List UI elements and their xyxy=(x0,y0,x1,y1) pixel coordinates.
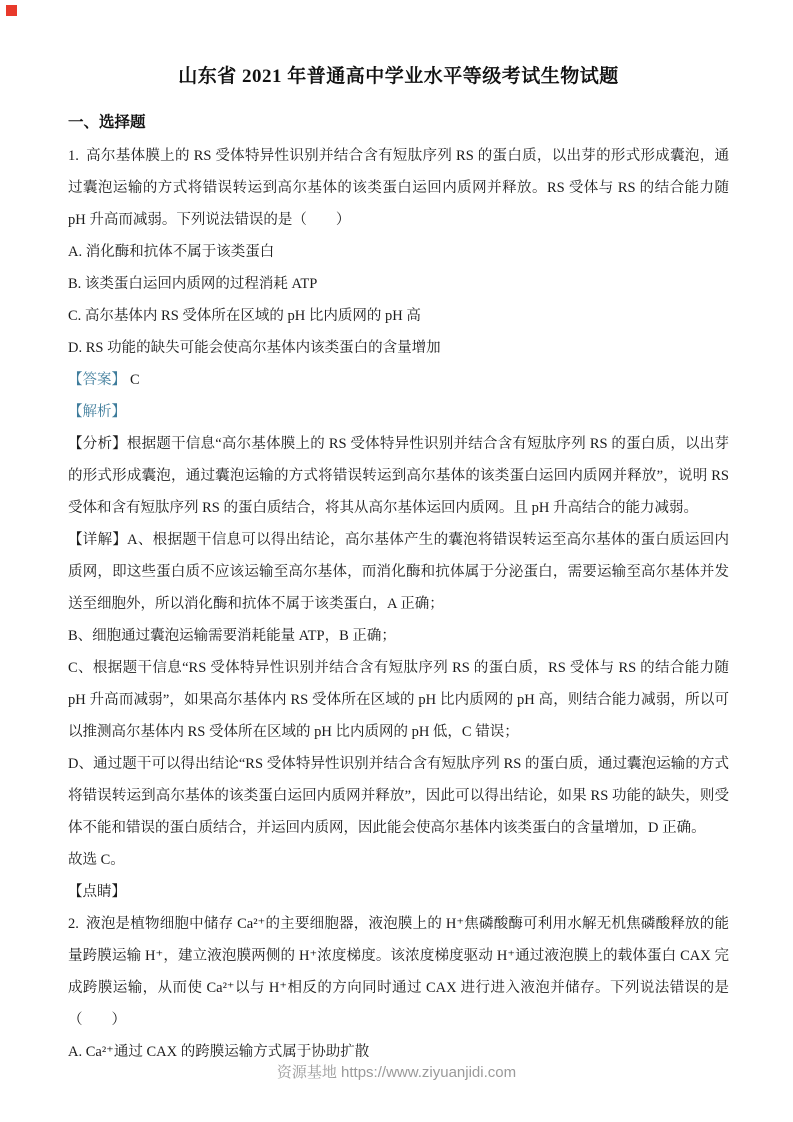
explanation-label: 【解析】 xyxy=(68,404,126,420)
question-1-tip-label: 【点睛】 xyxy=(68,876,729,908)
question-1-option-c: C. 高尔基体内 RS 受体所在区域的 pH 比内质网的 pH 高 xyxy=(68,300,729,332)
question-2-number: 2. xyxy=(68,916,79,932)
question-2-stem: 2.液泡是植物细胞中储存 Ca²⁺的主要细胞器，液泡膜上的 H⁺焦磷酸酶可利用水… xyxy=(68,908,729,1036)
question-1-option-d: D. RS 功能的缺失可能会使高尔基体内该类蛋白的含量增加 xyxy=(68,332,729,364)
section-heading-multiple-choice: 一、选择题 xyxy=(68,108,729,138)
question-2-stem-text: 液泡是植物细胞中储存 Ca²⁺的主要细胞器，液泡膜上的 H⁺焦磷酸酶可利用水解无… xyxy=(68,916,729,1028)
answer-label: 【答案】 xyxy=(68,372,126,388)
question-1-explanation-line: 【解析】 xyxy=(68,396,729,428)
question-1-stem: 1.高尔基体膜上的 RS 受体特异性识别并结合含有短肽序列 RS 的蛋白质，以出… xyxy=(68,140,729,236)
question-1-option-b: B. 该类蛋白运回内质网的过程消耗 ATP xyxy=(68,268,729,300)
question-1-option-a: A. 消化酶和抗体不属于该类蛋白 xyxy=(68,236,729,268)
document-title: 山东省 2021 年普通高中学业水平等级考试生物试题 xyxy=(68,58,729,96)
question-1-detail-d: D、通过题干可以得出结论“RS 受体特异性识别并结合含有短肽序列 RS 的蛋白质… xyxy=(68,748,729,844)
question-1-detail-b: B、细胞通过囊泡运输需要消耗能量 ATP，B 正确； xyxy=(68,620,729,652)
red-corner-marker xyxy=(6,5,17,16)
question-1-analysis: 【分析】根据题干信息“高尔基体膜上的 RS 受体特异性识别并结合含有短肽序列 R… xyxy=(68,428,729,524)
question-1-detail-c: C、根据题干信息“RS 受体特异性识别并结合含有短肽序列 RS 的蛋白质，RS … xyxy=(68,652,729,748)
document-content: 山东省 2021 年普通高中学业水平等级考试生物试题 一、选择题 1.高尔基体膜… xyxy=(68,58,729,1068)
question-1-answer-line: 【答案】C xyxy=(68,364,729,396)
question-1-conclusion: 故选 C。 xyxy=(68,844,729,876)
question-1-number: 1. xyxy=(68,148,79,164)
exam-document-page: 山东省 2021 年普通高中学业水平等级考试生物试题 一、选择题 1.高尔基体膜… xyxy=(0,0,793,1122)
question-1-detail-a: 【详解】A、根据题干信息可以得出结论，高尔基体产生的囊泡将错误转运至高尔基体的蛋… xyxy=(68,524,729,620)
question-1-stem-text: 高尔基体膜上的 RS 受体特异性识别并结合含有短肽序列 RS 的蛋白质，以出芽的… xyxy=(68,148,729,228)
answer-value: C xyxy=(130,372,140,388)
footer-watermark: 资源基地 https://www.ziyuanjidi.com xyxy=(0,1062,793,1084)
